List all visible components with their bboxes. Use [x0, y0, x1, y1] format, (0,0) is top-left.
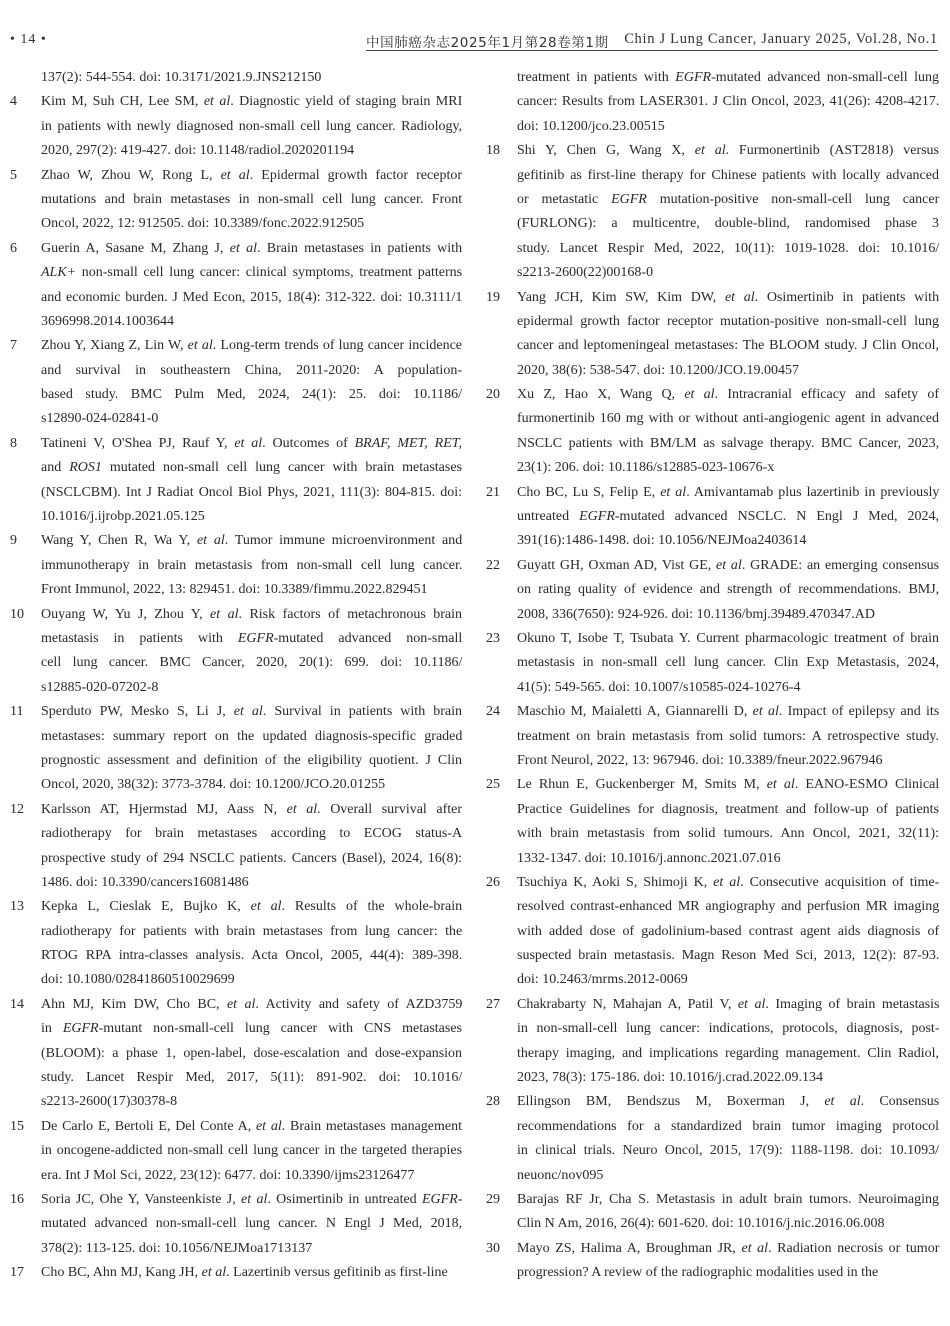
reference-number: 20 — [486, 383, 500, 407]
text-segment: prospective study of 294 NSCLC patients.… — [41, 851, 462, 866]
reference-line: Cho BC, Ahn MJ, Kang JH, et al. Lazertin… — [41, 1261, 462, 1285]
text-segment: Barajas RF Jr, Cha S. Metastasis in adul… — [517, 1192, 939, 1207]
italic-text: et al — [767, 777, 795, 792]
text-segment: metastasis in non-small cell lung cancer… — [517, 655, 939, 670]
text-segment: doi: 10.2463/mrms.2012-0069 — [517, 972, 688, 987]
reference-line: (BLOOM): a phase 1, open-label, dose-esc… — [41, 1042, 462, 1066]
text-segment: RTOG RPA intra-classes analysis. Acta On… — [41, 948, 462, 963]
text-segment: 378(2): 113-125. doi: 10.1056/NEJMoa1713… — [41, 1241, 312, 1256]
reference-entry: 18Shi Y, Chen G, Wang X, et al. Furmoner… — [486, 139, 939, 285]
text-segment: Oncol, 2022, 12: 912505. doi: 10.3389/fo… — [41, 216, 364, 231]
reference-entry: 5Zhao W, Zhou W, Rong L, et al. Epiderma… — [10, 164, 462, 237]
reference-line: in oncogene-addicted non-small cell lung… — [41, 1139, 462, 1163]
reference-entry: 13Kepka L, Cieslak E, Bujko K, et al. Re… — [10, 895, 462, 993]
text-segment: and — [41, 460, 69, 475]
text-segment: . Imaging of brain metastasis — [765, 997, 939, 1012]
reference-line: suspected brain metastasis. Magn Reson M… — [517, 944, 939, 968]
italic-text: BRAF, MET, RET, — [355, 436, 462, 451]
reference-text: Karlsson AT, Hjermstad MJ, Aass N, et al… — [41, 798, 462, 896]
reference-line: Zhou Y, Xiang Z, Lin W, et al. Long-term… — [41, 334, 462, 358]
text-segment: (NSCLCBM). Int J Radiat Oncol Biol Phys,… — [41, 485, 462, 500]
text-segment: Ouyang W, Yu J, Zhou Y, — [41, 607, 210, 622]
reference-line: RTOG RPA intra-classes analysis. Acta On… — [41, 944, 462, 968]
italic-text: et al — [234, 704, 263, 719]
text-segment: . Diagnostic yield of staging brain MRI — [230, 94, 462, 109]
reference-line: 1332-1347. doi: 10.1016/j.annonc.2021.07… — [517, 847, 939, 871]
text-segment: resolved contrast-enhanced MR angiograph… — [517, 899, 939, 914]
text-segment: therapy imaging, and implications regard… — [517, 1046, 939, 1061]
reference-line: Shi Y, Chen G, Wang X, et al. Furmonerti… — [517, 139, 939, 163]
text-segment: 2023, 78(3): 175-186. doi: 10.1016/j.cra… — [517, 1070, 823, 1085]
italic-text: et al — [230, 241, 257, 256]
reference-line: 10.1016/j.ijrobp.2021.05.125 — [41, 505, 462, 529]
journal-title-chinese: 中国肺癌杂志2025年1月第28卷第1期 — [366, 31, 609, 51]
reference-line: era. Int J Mol Sci, 2022, 23(12): 6477. … — [41, 1164, 462, 1188]
text-segment: Karlsson AT, Hjermstad MJ, Aass N, — [41, 802, 287, 817]
reference-line: therapy imaging, and implications regard… — [517, 1042, 939, 1066]
italic-text: et al — [713, 875, 740, 890]
text-segment: Oncol, 2020, 38(32): 3773-3784. doi: 10.… — [41, 777, 385, 792]
reference-line: metastases: summary report on the update… — [41, 725, 462, 749]
reference-entry: 27Chakrabarty N, Mahajan A, Patil V, et … — [486, 993, 939, 1091]
page-number: • 14 • — [10, 32, 47, 48]
text-segment: cancer: Results from LASER301. J Clin On… — [517, 94, 939, 109]
reference-line: Practice Guidelines for diagnosis, treat… — [517, 798, 939, 822]
text-segment: Front Neurol, 2022, 13: 967946. doi: 10.… — [517, 753, 883, 768]
text-segment: Okuno T, Isobe T, Tsubata Y. Current pha… — [517, 631, 939, 646]
text-segment: mutations and brain metastases in non-sm… — [41, 192, 462, 207]
reference-line: 378(2): 113-125. doi: 10.1056/NEJMoa1713… — [41, 1237, 462, 1261]
reference-line: furmonertinib 160 mg with or without ant… — [517, 407, 939, 431]
reference-text: Zhao W, Zhou W, Rong L, et al. Epidermal… — [41, 164, 462, 237]
text-segment: cell lung cancer. BMC Cancer, 2020, 20(1… — [41, 655, 462, 670]
text-segment: untreated — [517, 509, 579, 524]
text-segment: -mutated advanced NSCLC. N Engl J Med, 2… — [615, 509, 939, 524]
italic-text: et al — [741, 1241, 768, 1256]
reference-text: Guyatt GH, Oxman AD, Vist GE, et al. GRA… — [517, 554, 939, 627]
reference-number: 13 — [10, 895, 24, 919]
reference-line: gefitinib as first-line therapy for Chin… — [517, 164, 939, 188]
reference-number: 18 — [486, 139, 500, 163]
text-segment: 23(1): 206. doi: 10.1186/s12885-023-1067… — [517, 460, 774, 475]
text-segment: Zhou Y, Xiang Z, Lin W, — [41, 338, 188, 353]
reference-entry: 9Wang Y, Chen R, Wa Y, et al. Tumor immu… — [10, 529, 462, 602]
text-segment: (BLOOM): a phase 1, open-label, dose-esc… — [41, 1046, 462, 1061]
reference-line: Soria JC, Ohe Y, Vansteenkiste J, et al.… — [41, 1188, 462, 1212]
text-segment: era. Int J Mol Sci, 2022, 23(12): 6477. … — [41, 1168, 414, 1183]
reference-line: De Carlo E, Bertoli E, Del Conte A, et a… — [41, 1115, 462, 1139]
italic-text: et al — [202, 1265, 227, 1280]
text-segment: 1486. doi: 10.3390/cancers16081486 — [41, 875, 249, 890]
reference-entry: 26Tsuchiya K, Aoki S, Shimoji K, et al. … — [486, 871, 939, 993]
text-segment: Sperduto PW, Mesko S, Li J, — [41, 704, 234, 719]
reference-number: 23 — [486, 627, 500, 651]
reference-line: 2008, 336(7650): 924-926. doi: 10.1136/b… — [517, 603, 939, 627]
reference-text: Cho BC, Lu S, Felip E, et al. Amivantama… — [517, 481, 939, 554]
reference-entry: 6Guerin A, Sasane M, Zhang J, et al. Bra… — [10, 237, 462, 335]
reference-line: cell lung cancer. BMC Cancer, 2020, 20(1… — [41, 651, 462, 675]
reference-number: 24 — [486, 700, 500, 724]
text-segment: Xu Z, Hao X, Wang Q, — [517, 387, 684, 402]
text-segment: s12885-020-07202-8 — [41, 680, 158, 695]
reference-line: untreated EGFR-mutated advanced NSCLC. N… — [517, 505, 939, 529]
reference-line: on rating quality of evidence and streng… — [517, 578, 939, 602]
reference-line: Karlsson AT, Hjermstad MJ, Aass N, et al… — [41, 798, 462, 822]
reference-line: immunotherapy in brain metastasis from n… — [41, 554, 462, 578]
text-segment: . Osimertinib in untreated — [267, 1192, 422, 1207]
text-segment: 41(5): 549-565. doi: 10.1007/s10585-024-… — [517, 680, 800, 695]
reference-line: 1486. doi: 10.3390/cancers16081486 — [41, 871, 462, 895]
reference-line: Le Rhun E, Guckenberger M, Smits M, et a… — [517, 773, 939, 797]
reference-text: Cho BC, Ahn MJ, Kang JH, et al. Lazertin… — [41, 1261, 462, 1285]
reference-line: based study. BMC Pulm Med, 2024, 24(1): … — [41, 383, 462, 407]
reference-entry: 22Guyatt GH, Oxman AD, Vist GE, et al. G… — [486, 554, 939, 627]
reference-text: Guerin A, Sasane M, Zhang J, et al. Brai… — [41, 237, 462, 335]
reference-entry: 23Okuno T, Isobe T, Tsubata Y. Current p… — [486, 627, 939, 700]
running-header: 中国肺癌杂志2025年1月第28卷第1期 Chin J Lung Cancer,… — [366, 31, 938, 51]
reference-number: 4 — [10, 90, 17, 114]
reference-line: in non-small-cell lung cancer: indicatio… — [517, 1017, 939, 1041]
reference-line: and survival in southeastern China, 2011… — [41, 359, 462, 383]
reference-column-left: 137(2): 544-554. doi: 10.3171/2021.9.JNS… — [10, 66, 462, 1286]
reference-line: doi: 10.1080/02841860510029699 — [41, 968, 462, 992]
italic-text: et al — [716, 558, 742, 573]
reference-entry: 11Sperduto PW, Mesko S, Li J, et al. Sur… — [10, 700, 462, 798]
italic-text: EGFR — [579, 509, 615, 524]
text-segment: . Tumor immune microenvironment and — [225, 533, 462, 548]
reference-line: Barajas RF Jr, Cha S. Metastasis in adul… — [517, 1188, 939, 1212]
reference-line: Kepka L, Cieslak E, Bujko K, et al. Resu… — [41, 895, 462, 919]
text-segment: on rating quality of evidence and streng… — [517, 582, 939, 597]
text-segment: . Amivantamab plus lazertinib in previou… — [686, 485, 939, 500]
reference-line: NSCLC patients with BM/LM as salvage the… — [517, 432, 939, 456]
text-segment: Chakrabarty N, Mahajan A, Patil V, — [517, 997, 738, 1012]
reference-text: Ouyang W, Yu J, Zhou Y, et al. Risk fact… — [41, 603, 462, 701]
reference-text: Sperduto PW, Mesko S, Li J, et al. Survi… — [41, 700, 462, 798]
reference-text: Xu Z, Hao X, Wang Q, et al. Intracranial… — [517, 383, 939, 481]
reference-entry: 25Le Rhun E, Guckenberger M, Smits M, et… — [486, 773, 939, 871]
reference-entry: 28Ellingson BM, Bendszus M, Boxerman J, … — [486, 1090, 939, 1188]
italic-text: EGFR — [675, 70, 711, 85]
reference-text: treatment in patients with EGFR-mutated … — [517, 66, 939, 139]
reference-entry: 4Kim M, Suh CH, Lee SM, et al. Diagnosti… — [10, 90, 462, 163]
text-segment: in — [41, 1021, 63, 1036]
italic-text: et al — [695, 143, 726, 158]
reference-number: 7 — [10, 334, 17, 358]
reference-line: s12885-020-07202-8 — [41, 676, 462, 700]
text-segment: neuonc/nov095 — [517, 1168, 603, 1183]
reference-line: 3696998.2014.1003644 — [41, 310, 462, 334]
reference-line: ALK+ non-small cell lung cancer: clinica… — [41, 261, 462, 285]
text-segment: . Consecutive acquisition of time- — [740, 875, 939, 890]
reference-entry: treatment in patients with EGFR-mutated … — [486, 66, 939, 139]
reference-line: prospective study of 294 NSCLC patients.… — [41, 847, 462, 871]
text-segment: study. Lancet Respir Med, 2017, 5(11): 8… — [41, 1070, 462, 1085]
text-segment: . Survival in patients with brain — [263, 704, 462, 719]
reference-line: prognostic assessment and definition of … — [41, 749, 462, 773]
text-segment: Kepka L, Cieslak E, Bujko K, — [41, 899, 251, 914]
reference-number: 5 — [10, 164, 17, 188]
reference-line: (FURLONG): a multicentre, double-blind, … — [517, 212, 939, 236]
text-segment: Maschio M, Maialetti A, Giannarelli D, — [517, 704, 753, 719]
text-segment: prognostic assessment and definition of … — [41, 753, 462, 768]
reference-number: 14 — [10, 993, 24, 1017]
reference-line: and economic burden. J Med Econ, 2015, 1… — [41, 286, 462, 310]
reference-line: 137(2): 544-554. doi: 10.3171/2021.9.JNS… — [41, 66, 462, 90]
text-segment: mutated non-small cell lung cancer with … — [102, 460, 462, 475]
reference-number: 25 — [486, 773, 500, 797]
text-segment: based study. BMC Pulm Med, 2024, 24(1): … — [41, 387, 462, 402]
reference-text: Okuno T, Isobe T, Tsubata Y. Current pha… — [517, 627, 939, 700]
text-segment: gefitinib as first-line therapy for Chin… — [517, 168, 939, 183]
reference-number: 22 — [486, 554, 500, 578]
reference-line: treatment in patients with EGFR-mutated … — [517, 66, 939, 90]
reference-number: 6 — [10, 237, 17, 261]
text-segment: treatment in patients with — [517, 70, 675, 85]
reference-line: Okuno T, Isobe T, Tsubata Y. Current pha… — [517, 627, 939, 651]
italic-text: ALK+ — [41, 265, 76, 280]
reference-line: study. Lancet Respir Med, 2017, 5(11): 8… — [41, 1066, 462, 1090]
italic-text: EGFR — [422, 1192, 458, 1207]
reference-line: Wang Y, Chen R, Wa Y, et al. Tumor immun… — [41, 529, 462, 553]
text-segment: Front Immunol, 2022, 13: 829451. doi: 10… — [41, 582, 428, 597]
text-segment: Yang JCH, Kim SW, Kim DW, — [517, 290, 725, 305]
text-segment: 391(16):1486-1498. doi: 10.1056/NEJMoa24… — [517, 533, 806, 548]
reference-line: with brain metastasis from solid tumours… — [517, 822, 939, 846]
reference-entry: 12Karlsson AT, Hjermstad MJ, Aass N, et … — [10, 798, 462, 896]
text-segment: 2008, 336(7650): 924-926. doi: 10.1136/b… — [517, 607, 875, 622]
text-segment: progression? A review of the radiographi… — [517, 1265, 878, 1280]
reference-line: Clin N Am, 2016, 26(4): 601-620. doi: 10… — [517, 1212, 939, 1236]
italic-text: et al — [256, 1119, 282, 1134]
reference-entry: 10Ouyang W, Yu J, Zhou Y, et al. Risk fa… — [10, 603, 462, 701]
reference-line: or metastatic EGFR mutation-positive non… — [517, 188, 939, 212]
reference-line: treatment on brain metastasis from solid… — [517, 725, 939, 749]
italic-text: et al — [753, 704, 779, 719]
text-segment: . Brain metastases in patients with — [257, 241, 462, 256]
reference-text: Ellingson BM, Bendszus M, Boxerman J, et… — [517, 1090, 939, 1188]
text-segment: . Outcomes of — [262, 436, 354, 451]
italic-text: EGFR — [63, 1021, 99, 1036]
reference-number: 26 — [486, 871, 500, 895]
text-segment: 10.1016/j.ijrobp.2021.05.125 — [41, 509, 205, 524]
reference-line: Ouyang W, Yu J, Zhou Y, et al. Risk fact… — [41, 603, 462, 627]
reference-line: Sperduto PW, Mesko S, Li J, et al. Survi… — [41, 700, 462, 724]
reference-text: Zhou Y, Xiang Z, Lin W, et al. Long-term… — [41, 334, 462, 432]
text-segment: Wang Y, Chen R, Wa Y, — [41, 533, 197, 548]
reference-line: 2023, 78(3): 175-186. doi: 10.1016/j.cra… — [517, 1066, 939, 1090]
text-segment: metastasis in patients with — [41, 631, 238, 646]
reference-text: Maschio M, Maialetti A, Giannarelli D, e… — [517, 700, 939, 773]
reference-line: 23(1): 206. doi: 10.1186/s12885-023-1067… — [517, 456, 939, 480]
reference-line: Kim M, Suh CH, Lee SM, et al. Diagnostic… — [41, 90, 462, 114]
reference-number: 8 — [10, 432, 17, 456]
reference-line: progression? A review of the radiographi… — [517, 1261, 939, 1285]
reference-line: Ahn MJ, Kim DW, Cho BC, et al. Activity … — [41, 993, 462, 1017]
text-segment: doi: 10.1200/jco.23.00515 — [517, 119, 665, 134]
reference-line: Guerin A, Sasane M, Zhang J, et al. Brai… — [41, 237, 462, 261]
text-segment: or metastatic — [517, 192, 611, 207]
reference-line: epidermal growth factor receptor mutatio… — [517, 310, 939, 334]
text-segment: Cho BC, Ahn MJ, Kang JH, — [41, 1265, 202, 1280]
reference-entry: 14Ahn MJ, Kim DW, Cho BC, et al. Activit… — [10, 993, 462, 1115]
text-segment: mutation-positive non-small-cell lung ca… — [647, 192, 939, 207]
reference-line: Mayo ZS, Halima A, Broughman JR, et al. … — [517, 1237, 939, 1261]
text-segment: in clinical trials. Neuro Oncol, 2015, 1… — [517, 1143, 939, 1158]
text-segment: with added dose of gadolinium-based cont… — [517, 924, 939, 939]
reference-line: 2020, 38(6): 538-547. doi: 10.1200/JCO.1… — [517, 359, 939, 383]
reference-line: doi: 10.1200/jco.23.00515 — [517, 115, 939, 139]
text-segment: Ellingson BM, Bendszus M, Boxerman J, — [517, 1094, 824, 1109]
reference-line: radiotherapy for patients with brain met… — [41, 920, 462, 944]
text-segment: . Intracranial efficacy and safety of — [715, 387, 939, 402]
text-segment: . EANO-ESMO Clinical — [795, 777, 939, 792]
reference-line: Tatineni V, O'Shea PJ, Rauf Y, et al. Ou… — [41, 432, 462, 456]
reference-entry: 24Maschio M, Maialetti A, Giannarelli D,… — [486, 700, 939, 773]
text-segment: radiotherapy for brain metastases accord… — [41, 826, 462, 841]
text-segment: metastases: summary report on the update… — [41, 729, 462, 744]
reference-line: s12890-024-02841-0 — [41, 407, 462, 431]
reference-number: 30 — [486, 1237, 500, 1261]
text-segment: Zhao W, Zhou W, Rong L, — [41, 168, 221, 183]
italic-text: et al — [725, 290, 755, 305]
text-segment: . Lazertinib versus gefitinib as first-l… — [226, 1265, 448, 1280]
reference-line: mutations and brain metastases in non-sm… — [41, 188, 462, 212]
text-segment: Shi Y, Chen G, Wang X, — [517, 143, 695, 158]
reference-line: cancer: Results from LASER301. J Clin On… — [517, 90, 939, 114]
reference-text: Kim M, Suh CH, Lee SM, et al. Diagnostic… — [41, 90, 462, 163]
text-segment: 3696998.2014.1003644 — [41, 314, 174, 329]
text-segment: s12890-024-02841-0 — [41, 411, 158, 426]
reference-entry: 20Xu Z, Hao X, Wang Q, et al. Intracrani… — [486, 383, 939, 481]
journal-title-english: Chin J Lung Cancer, January 2025, Vol.28… — [624, 31, 938, 48]
text-segment: recommendations for a standardized brain… — [517, 1119, 939, 1134]
text-segment: s2213-2600(17)30378-8 — [41, 1094, 177, 1109]
italic-text: et al — [227, 997, 255, 1012]
reference-line: Xu Z, Hao X, Wang Q, et al. Intracranial… — [517, 383, 939, 407]
reference-line: in patients with newly diagnosed non-sma… — [41, 115, 462, 139]
reference-line: and ROS1 mutated non-small cell lung can… — [41, 456, 462, 480]
reference-entry: 15De Carlo E, Bertoli E, Del Conte A, et… — [10, 1115, 462, 1188]
text-segment: . GRADE: an emerging consensus — [742, 558, 939, 573]
reference-number: 9 — [10, 529, 17, 553]
reference-line: Chakrabarty N, Mahajan A, Patil V, et al… — [517, 993, 939, 1017]
text-segment: Kim M, Suh CH, Lee SM, — [41, 94, 204, 109]
text-segment: . Brain metastases management — [282, 1119, 462, 1134]
reference-text: Mayo ZS, Halima A, Broughman JR, et al. … — [517, 1237, 939, 1286]
text-segment: Guyatt GH, Oxman AD, Vist GE, — [517, 558, 716, 573]
text-segment: Le Rhun E, Guckenberger M, Smits M, — [517, 777, 767, 792]
reference-number: 29 — [486, 1188, 500, 1212]
reference-number: 17 — [10, 1261, 24, 1285]
text-segment: . Radiation necrosis or tumor — [768, 1241, 939, 1256]
italic-text: et al — [197, 533, 225, 548]
reference-text: De Carlo E, Bertoli E, Del Conte A, et a… — [41, 1115, 462, 1188]
text-segment: Soria JC, Ohe Y, Vansteenkiste J, — [41, 1192, 241, 1207]
reference-line: metastasis in patients with EGFR-mutated… — [41, 627, 462, 651]
text-segment: (FURLONG): a multicentre, double-blind, … — [517, 216, 939, 231]
reference-line: in EGFR-mutant non-small-cell lung cance… — [41, 1017, 462, 1041]
reference-line: doi: 10.2463/mrms.2012-0069 — [517, 968, 939, 992]
italic-text: et al — [210, 607, 238, 622]
text-segment: . Consensus — [861, 1094, 940, 1109]
italic-text: et al — [287, 802, 318, 817]
text-segment: . Impact of epilepsy and its — [779, 704, 939, 719]
text-segment: suspected brain metastasis. Magn Reson M… — [517, 948, 939, 963]
reference-text: Chakrabarty N, Mahajan A, Patil V, et al… — [517, 993, 939, 1091]
italic-text: et al — [251, 899, 282, 914]
text-segment: in patients with newly diagnosed non-sma… — [41, 119, 462, 134]
reference-entry: 16Soria JC, Ohe Y, Vansteenkiste J, et a… — [10, 1188, 462, 1261]
italic-text: ROS1 — [69, 460, 102, 475]
text-segment: treatment on brain metastasis from solid… — [517, 729, 939, 744]
italic-text: et al — [684, 387, 714, 402]
italic-text: et al — [234, 436, 262, 451]
reference-entry: 8Tatineni V, O'Shea PJ, Rauf Y, et al. O… — [10, 432, 462, 530]
reference-line: Oncol, 2020, 38(32): 3773-3784. doi: 10.… — [41, 773, 462, 797]
reference-line: Oncol, 2022, 12: 912505. doi: 10.3389/fo… — [41, 212, 462, 236]
reference-entry: 19Yang JCH, Kim SW, Kim DW, et al. Osime… — [486, 286, 939, 384]
text-segment: Practice Guidelines for diagnosis, treat… — [517, 802, 939, 817]
reference-line: Cho BC, Lu S, Felip E, et al. Amivantama… — [517, 481, 939, 505]
reference-line: recommendations for a standardized brain… — [517, 1115, 939, 1139]
reference-number: 15 — [10, 1115, 24, 1139]
text-segment: -mutant non-small-cell lung cancer with … — [99, 1021, 462, 1036]
text-segment: 1332-1347. doi: 10.1016/j.annonc.2021.07… — [517, 851, 781, 866]
text-segment: radiotherapy for patients with brain met… — [41, 924, 462, 939]
reference-line: Front Neurol, 2022, 13: 967946. doi: 10.… — [517, 749, 939, 773]
text-segment: and survival in southeastern China, 2011… — [41, 363, 462, 378]
text-segment: . Furmonertinib (AST2818) versus — [726, 143, 939, 158]
reference-line: Ellingson BM, Bendszus M, Boxerman J, et… — [517, 1090, 939, 1114]
reference-number: 12 — [10, 798, 24, 822]
text-segment: . Long-term trends of lung cancer incide… — [213, 338, 462, 353]
reference-text: Ahn MJ, Kim DW, Cho BC, et al. Activity … — [41, 993, 462, 1115]
italic-text: et al — [188, 338, 213, 353]
text-segment: in non-small-cell lung cancer: indicatio… — [517, 1021, 939, 1036]
text-segment: . Osimertinib in patients with — [755, 290, 939, 305]
italic-text: EGFR — [238, 631, 274, 646]
text-segment: doi: 10.1080/02841860510029699 — [41, 972, 235, 987]
text-segment: furmonertinib 160 mg with or without ant… — [517, 411, 939, 426]
text-segment: NSCLC patients with BM/LM as salvage the… — [517, 436, 939, 451]
reference-line: s2213-2600(22)00168-0 — [517, 261, 939, 285]
text-segment: . Activity and safety of AZD3759 — [255, 997, 462, 1012]
reference-line: 2020, 297(2): 419-427. doi: 10.1148/radi… — [41, 139, 462, 163]
reference-column-right: treatment in patients with EGFR-mutated … — [486, 66, 939, 1286]
reference-line: (NSCLCBM). Int J Radiat Oncol Biol Phys,… — [41, 481, 462, 505]
reference-line: neuonc/nov095 — [517, 1164, 939, 1188]
italic-text: et al — [221, 168, 250, 183]
reference-number: 19 — [486, 286, 500, 310]
text-segment: 2020, 297(2): 419-427. doi: 10.1148/radi… — [41, 143, 354, 158]
text-segment: Mayo ZS, Halima A, Broughman JR, — [517, 1241, 741, 1256]
italic-text: et al — [241, 1192, 267, 1207]
text-segment: . Risk factors of metachronous brain — [239, 607, 463, 622]
reference-entry: 137(2): 544-554. doi: 10.3171/2021.9.JNS… — [10, 66, 462, 90]
text-segment: -mutated advanced non-small — [274, 631, 463, 646]
reference-text: Yang JCH, Kim SW, Kim DW, et al. Osimert… — [517, 286, 939, 384]
reference-entry: 29Barajas RF Jr, Cha S. Metastasis in ad… — [486, 1188, 939, 1237]
text-segment: . Epidermal growth factor receptor — [250, 168, 462, 183]
text-segment: cancer and leptomeningeal metastases: Th… — [517, 338, 939, 353]
text-segment: 2020, 38(6): 538-547. doi: 10.1200/JCO.1… — [517, 363, 799, 378]
text-segment: Guerin A, Sasane M, Zhang J, — [41, 241, 230, 256]
reference-entry: 17Cho BC, Ahn MJ, Kang JH, et al. Lazert… — [10, 1261, 462, 1285]
reference-entry: 30Mayo ZS, Halima A, Broughman JR, et al… — [486, 1237, 939, 1286]
text-segment: Tsuchiya K, Aoki S, Shimoji K, — [517, 875, 713, 890]
text-segment: s2213-2600(22)00168-0 — [517, 265, 653, 280]
